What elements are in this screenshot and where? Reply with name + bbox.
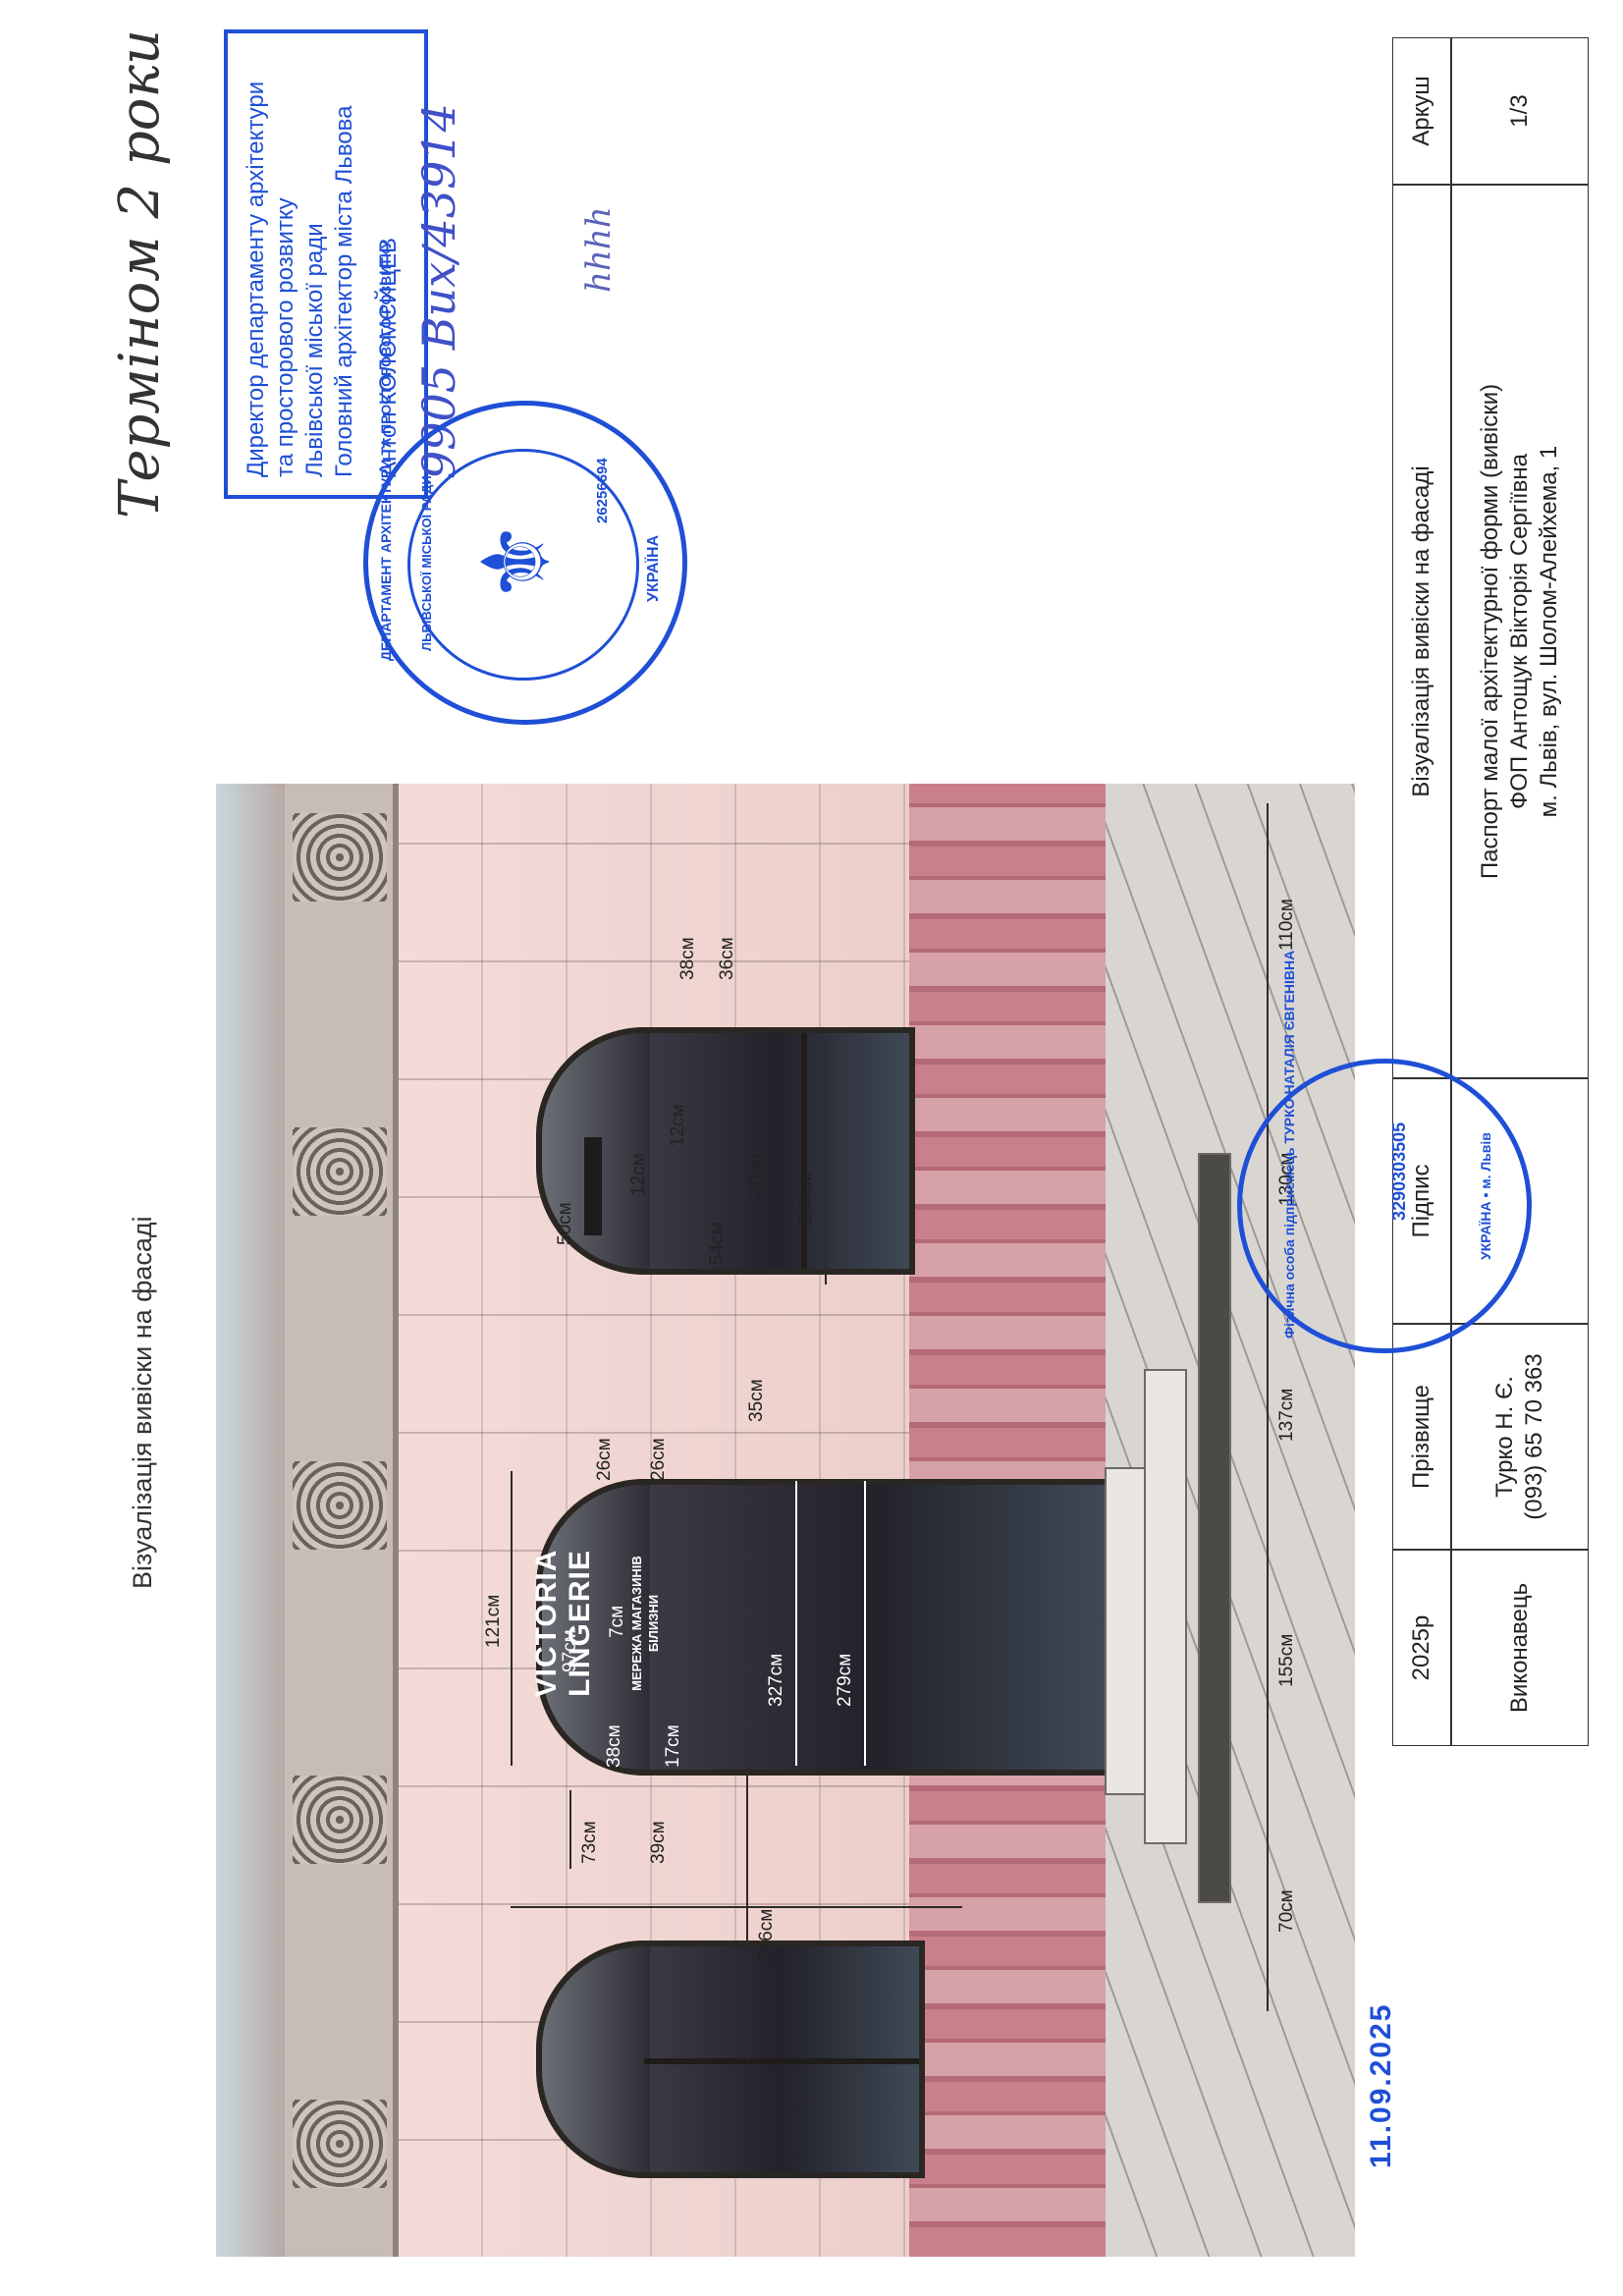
passport-line-3: м. Львів, вул. Шолом-Алейхема, 1	[1535, 446, 1564, 818]
dim-30: 30см	[746, 1153, 768, 1196]
approval-line-3: Львівської міської ради	[300, 223, 330, 477]
ornament-icon	[293, 813, 387, 902]
department-round-stamp: ⚜ ДЕПАРТАМЕНТ АРХІТЕКТУРИ ТА ПРОСТОРОВОГ…	[363, 401, 687, 725]
contractor-stamp-outer: Фізична особа підприємець ТУРКО НАТАЛІЯ …	[1281, 951, 1297, 1339]
dim-17: 17см	[663, 1724, 684, 1768]
title-block-passport: Паспорт малої архітектурної форми (вивіс…	[1451, 185, 1589, 1078]
title-block-year: 2025р	[1392, 1550, 1451, 1746]
dim-26-a: 26см	[594, 1438, 616, 1481]
ornament-icon	[293, 1461, 387, 1550]
dim-36-arch: 36см	[717, 937, 738, 980]
step-lower	[1144, 1369, 1187, 1844]
stamp-outer-text: ДЕПАРТАМЕНТ АРХІТЕКТУРИ ТА ПРОСТОРОВОГО …	[378, 241, 394, 661]
initials-signature: hhhh	[579, 206, 619, 293]
title-block-role: Виконавець	[1451, 1550, 1589, 1746]
sign-brand-line1: VICTORIA	[530, 1540, 564, 1707]
title-block-surname-value: Турко Н. Є.	[1490, 1376, 1520, 1498]
passport-line-1: Паспорт малої архітектурної форми (вивіс…	[1476, 384, 1505, 879]
handwritten-note: Терміном 2 роки	[108, 29, 172, 519]
title-block-sheet-value: 1/3	[1451, 37, 1589, 185]
dim-279: 279см	[835, 1654, 856, 1707]
dim-110: 110см	[1276, 899, 1298, 951]
dim-line-346h	[746, 1766, 748, 2060]
sign-subtitle: МЕРЕЖА МАГАЗИНІВ БІЛИЗНИ	[628, 1501, 662, 1746]
sign-subtitle-line1: МЕРЕЖА МАГАЗИНІВ	[628, 1501, 645, 1746]
trident-icon: ⚜	[470, 519, 565, 604]
dim-50: 50см	[555, 1202, 576, 1245]
dim-line-269	[825, 1039, 827, 1285]
dim-line-121	[511, 1471, 513, 1766]
contractor-stamp-bottom: УКРАЇНА • м. Львів	[1478, 1132, 1493, 1260]
document-sheet: Візуалізація вивіски на фасаді	[0, 0, 1623, 2296]
dim-12-a: 12см	[628, 1153, 650, 1196]
sign-subtitle-line2: БІЛИЗНИ	[645, 1501, 662, 1746]
contractor-stamp-code: 3290303505	[1389, 1122, 1410, 1221]
approval-line-2: та просторового розвитку	[271, 197, 300, 477]
dim-7: 7см	[607, 1606, 628, 1638]
window-left	[638, 1941, 925, 2178]
dim-38-arch: 38см	[677, 937, 699, 980]
date-stamp: 11.09.2025	[1365, 2003, 1398, 2169]
window-mullion	[644, 2058, 919, 2064]
approval-line-4: Головний архітектор міста Львова	[330, 106, 359, 477]
dim-346: 346см	[756, 1909, 778, 1962]
title-block-sheet-header: Аркуш	[1392, 37, 1451, 185]
dim-137: 137см	[1276, 1389, 1298, 1442]
dim-327: 327см	[766, 1654, 787, 1707]
dim-line-base	[1267, 803, 1269, 2011]
dim-line-73	[569, 1790, 571, 1869]
title-block-surname-header: Прізвище	[1392, 1324, 1451, 1550]
dim-12-b: 12см	[668, 1104, 689, 1147]
ornament-icon	[293, 1127, 387, 1216]
dim-97: 97см	[560, 1629, 581, 1672]
dim-line-279	[864, 1481, 866, 1766]
dim-line-346	[511, 1906, 962, 1908]
dim-70: 70см	[1276, 1889, 1298, 1933]
door-middle	[638, 1479, 1111, 1776]
dim-155: 155см	[1276, 1634, 1298, 1687]
blade-sign	[584, 1137, 602, 1235]
dim-38-logo: 38см	[604, 1724, 625, 1768]
ornament-icon	[293, 2100, 387, 2188]
title-block-surname-cell: Турко Н. Є. (093) 65 70 363	[1451, 1324, 1589, 1550]
dim-line-327	[795, 1481, 797, 1766]
stamp-inner-text: ЛЬВІВСЬКОЇ МІСЬКОЇ РАДИ	[419, 475, 434, 651]
sign-brand-line2: LINGERIE	[564, 1540, 597, 1707]
stamp-bottom-text: УКРАЇНА	[645, 535, 663, 602]
dim-26-b: 26см	[648, 1438, 670, 1481]
dim-54: 54см	[707, 1222, 729, 1265]
dim-121: 121см	[483, 1595, 505, 1648]
contractor-round-stamp: Фізична особа підприємець ТУРКО НАТАЛІЯ …	[1237, 1059, 1532, 1353]
sky	[216, 784, 285, 2257]
dim-35: 35см	[746, 1379, 768, 1422]
passport-line-2: ФОП Антощук Вікторія Сергіївна	[1505, 454, 1535, 809]
drain-channel	[1198, 1153, 1231, 1903]
title-block-phone: (093) 65 70 363	[1520, 1353, 1549, 1519]
approval-stamp-box: Директор департаменту архітектури та про…	[224, 29, 428, 499]
dim-39: 39см	[648, 1821, 670, 1864]
ornament-icon	[293, 1776, 387, 1864]
window-transom	[801, 1033, 807, 1269]
sign-brand: VICTORIA LINGERIE	[530, 1540, 601, 1707]
title-block-doc-title: Візуалізація вивіски на фасаді	[1392, 185, 1451, 1078]
page-title: Візуалізація вивіски на фасаді	[128, 1216, 158, 1589]
dim-269: 269см	[795, 1173, 817, 1226]
facade-photo: VICTORIA LINGERIE МЕРЕЖА МАГАЗИНІВ БІЛИЗ…	[216, 784, 1355, 2257]
step-upper	[1105, 1467, 1148, 1795]
window-right	[638, 1027, 915, 1275]
dim-73: 73см	[579, 1821, 601, 1864]
stamp-code: 26256694	[594, 458, 611, 523]
approval-line-1: Директор департаменту архітектури	[242, 82, 271, 477]
